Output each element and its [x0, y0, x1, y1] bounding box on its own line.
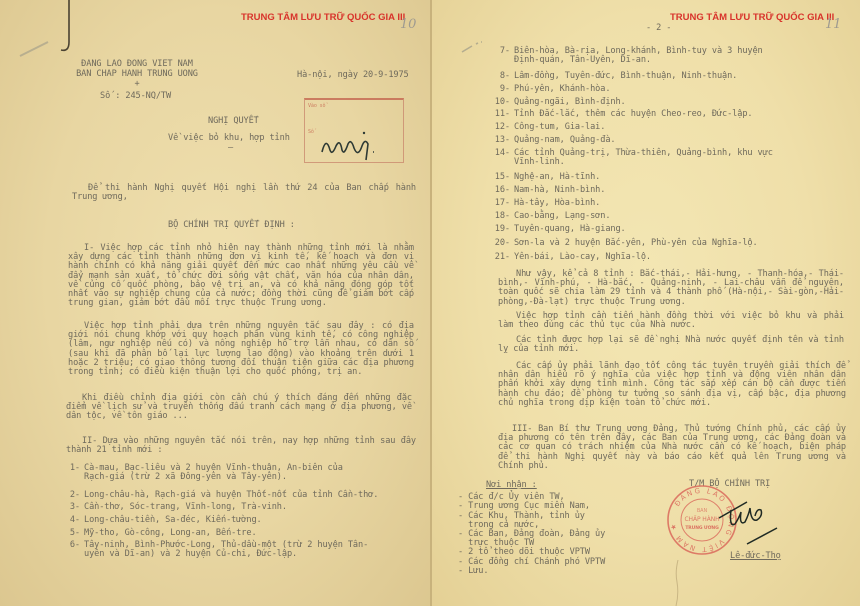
- svg-text:TRUNG ƯƠNG: TRUNG ƯƠNG: [685, 525, 719, 531]
- province-item: 4-Long-châu-tiền, Sa-đéc, Kiến-tường.: [58, 516, 262, 525]
- province-item: 9-Phú-yên, Khánh-hòa.: [488, 85, 610, 94]
- folio-number: 10: [400, 20, 416, 29]
- province-item: 20-Sơn-la và 2 huyện Bắc-yên, Phù-yên củ…: [488, 239, 758, 248]
- document-number: Số : 245-NQ/TW: [100, 92, 171, 101]
- province-item: 6-Tây-ninh, Bình-Phước-Long, Thủ-dầu-một…: [58, 541, 368, 559]
- province-item: 21-Yên-bái, Lào-cay, Nghĩa-lộ.: [488, 253, 651, 262]
- province-item: 2-Long-châu-hà, Rạch-giá và huyện Thốt-n…: [58, 491, 378, 500]
- section-1-paragraph-1: I- Việc hợp các tỉnh nhỏ hiện nay thành …: [68, 244, 414, 308]
- province-item: 16-Nam-hà, Ninh-bình.: [488, 186, 605, 195]
- province-item: 11-Tỉnh Đắc-lắc, thêm các huyện Cheo-reo…: [488, 110, 752, 119]
- page-left: TRUNG TÂM LƯU TRỮ QUỐC GIA III 10 ĐANG L…: [0, 0, 430, 606]
- section-1-paragraph-3: Khi điều chỉnh địa giới còn cần chú ý th…: [66, 394, 412, 422]
- province-item: 14-Các tỉnh Quảng-trị, Thừa-thiên, Quảng…: [488, 149, 773, 167]
- province-item: 1-Cà-mau, Bạc-liêu và 2 huyện Vĩnh-thuận…: [58, 464, 343, 482]
- header-separator: +: [62, 80, 212, 89]
- province-item: 19-Tuyên-quang, Hà-giang.: [488, 225, 626, 234]
- pen-smudge: [18, 38, 53, 60]
- svg-text:CHẤP HÀNH: CHẤP HÀNH: [684, 515, 719, 523]
- recipients-heading: Nơi nhận :: [458, 481, 605, 490]
- signer-name: Lê-đức-Thọ: [730, 552, 781, 561]
- page-number: - 2 -: [646, 24, 671, 33]
- svg-text:BAN: BAN: [697, 508, 708, 514]
- archive-watermark: TRUNG TÂM LƯU TRỮ QUỐC GIA III: [241, 13, 405, 22]
- title-rule: —: [228, 144, 233, 153]
- binder-mark: [55, 0, 75, 55]
- document-subtitle: Về việc bỏ khu, hợp tỉnh: [168, 134, 290, 143]
- preamble: Để thi hành Nghị quyết Hội nghị lần thứ …: [72, 184, 416, 202]
- province-item: 5-Mỹ-tho, Gò-công, Long-an, Bến-tre.: [58, 529, 257, 538]
- place-date: Hà-nội, ngày 20-9-1975: [297, 71, 409, 80]
- signature-icon: [717, 500, 797, 548]
- section-3-paragraph: III- Ban Bí thư Trung ương Đảng, Thủ tướ…: [498, 425, 846, 471]
- document-title: NGHỊ QUYẾT: [208, 117, 259, 126]
- handwritten-annotation: [318, 130, 388, 165]
- section-1-paragraph-2: Việc hợp tỉnh phải dựa trên những nguyên…: [68, 322, 414, 377]
- summary-paragraph: Như vậy, kể cả 8 tỉnh : Bắc-thái,- Hải-h…: [498, 270, 844, 307]
- party-name: ĐANG LAO ĐONG VIET NAM: [62, 60, 212, 69]
- province-item: 17-Hà-tây, Hòa-bình.: [488, 199, 600, 208]
- province-item: 18-Cao-bằng, Lạng-sơn.: [488, 212, 610, 221]
- folio-number: 11: [825, 20, 841, 29]
- province-item: 10-Quảng-ngãi, Bình-định.: [488, 98, 626, 107]
- paper-crease: [672, 560, 682, 606]
- province-item: 3-Cần-thơ, Sóc-trang, Vĩnh-long, Trà-vin…: [58, 503, 287, 512]
- province-item: 12-Công-tum, Gia-lai.: [488, 123, 605, 132]
- archive-watermark: TRUNG TÂM LƯU TRỮ QUỐC GIA III: [670, 13, 834, 22]
- province-item: 8-Lâm-đồng, Tuyên-đức, Bình-thuận, Ninh-…: [488, 72, 737, 81]
- propaganda-paragraph: Các cấp ủy phải lãnh đạo tốt công tác tu…: [498, 362, 846, 408]
- province-item: 13-Quảng-nam, Quảng-đà.: [488, 136, 615, 145]
- document-spread: TRUNG TÂM LƯU TRỮ QUỐC GIA III 10 ĐANG L…: [0, 0, 860, 606]
- decision-heading: BỘ CHÍNH TRỊ QUYẾT ĐỊNH :: [168, 221, 295, 230]
- timing-paragraph: Việc hợp tỉnh cần tiến hành đồng thời vớ…: [498, 312, 844, 330]
- page-right: TRUNG TÂM LƯU TRỮ QUỐC GIA III 11 - 2 - …: [430, 0, 860, 606]
- recipients-block: Nơi nhận : - Các đ/c Ủy viên TW, - Trung…: [458, 481, 605, 576]
- pen-smudge: [460, 40, 486, 54]
- section-2-intro: II- Dựa vào những nguyên tắc nói trên, n…: [66, 437, 416, 455]
- province-item: 15-Nghệ-an, Hà-tĩnh.: [488, 173, 600, 182]
- committee-name: BAN CHAP HANH TRUNG UONG: [62, 70, 212, 79]
- province-item: 7-Biên-hòa, Bà-rịa, Long-khánh, Bình-tuy…: [488, 47, 763, 65]
- naming-paragraph: Các tỉnh được hợp lại sẽ đề nghị Nhà nướ…: [498, 336, 844, 354]
- recipient-item: - Lưu.: [458, 567, 605, 576]
